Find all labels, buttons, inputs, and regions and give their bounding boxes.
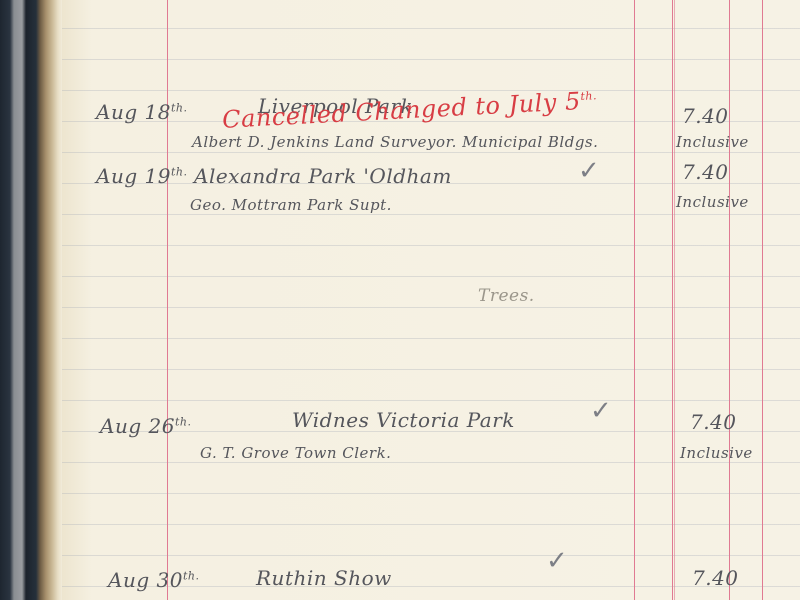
entry-fee: 7.40 [682,104,729,128]
column-rule [674,0,675,600]
entry-contact: Albert D. Jenkins Land Surveyor. Municip… [192,133,598,151]
entry-contact: G. T. Grove Town Clerk. [200,444,391,462]
entry-place: Widnes Victoria Park [292,408,515,432]
faint-note: Trees. [478,286,535,306]
entry-date: Aug 30th. [108,568,199,592]
margin-rule [167,0,168,600]
entry-place: Ruthin Show [256,566,392,590]
column-rule [762,0,763,600]
entry-place: Alexandra Park 'Oldham [194,164,452,188]
column-rule [634,0,635,600]
entry-contact: Geo. Mottram Park Supt. [190,196,392,214]
entry-fee: 7.40 [692,566,739,590]
check-mark-icon: ✓ [590,396,612,426]
entry-fee-note: Inclusive [676,193,749,211]
entry-fee: 7.40 [690,410,737,434]
column-rule [672,0,673,600]
entry-fee: 7.40 [682,160,729,184]
ledger-page [62,0,800,600]
entry-date: Aug 26th. [100,414,191,438]
book-binding [0,0,62,600]
check-mark-icon: ✓ [546,546,568,576]
entry-fee-note: Inclusive [680,444,753,462]
entry-date: Aug 18th. [96,100,187,124]
entry-fee-note: Inclusive [676,133,749,151]
check-mark-icon: ✓ [578,156,600,186]
column-rule [729,0,730,600]
entry-date: Aug 19th. [96,164,187,188]
